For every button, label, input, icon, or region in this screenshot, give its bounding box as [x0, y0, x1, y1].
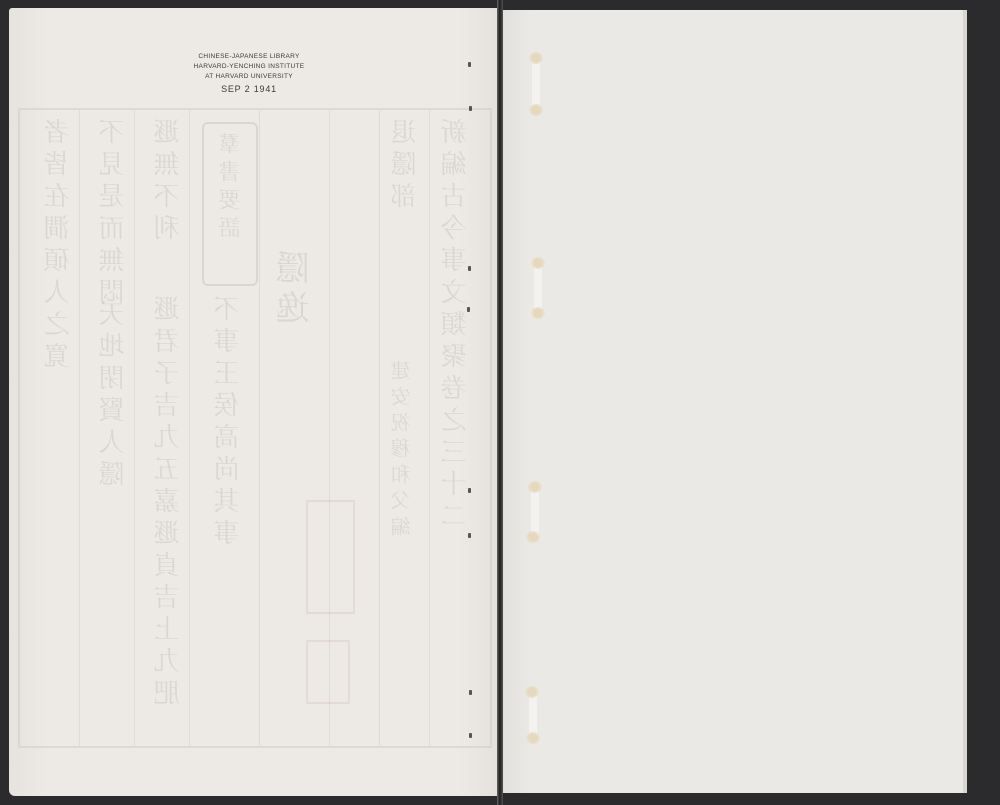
binding-thread-knot	[528, 481, 542, 493]
binding-thread-knot	[526, 732, 540, 744]
ghost-title-column: 新編古今事文類聚卷之三十二	[440, 118, 472, 534]
page-edge	[963, 10, 967, 793]
library-accession-stamp: CHINESE-JAPANESE LIBRARY HARVARD-YENCHIN…	[179, 52, 319, 96]
ghost-body-column-2: 遯君子吉九五嘉遯貞吉上九肥	[153, 295, 185, 711]
right-page	[503, 10, 963, 793]
binding-thread-knot	[526, 531, 540, 543]
stitch-mark	[468, 62, 471, 67]
stitch-mark	[469, 690, 472, 695]
stamp-line-1: CHINESE-JAPANESE LIBRARY	[179, 52, 319, 62]
binding-thread-knot	[529, 104, 543, 116]
stitch-mark	[469, 106, 472, 111]
binding-strip	[532, 60, 540, 110]
stitch-mark	[468, 266, 471, 271]
binding-thread-knot	[525, 686, 539, 698]
stitch-mark	[469, 733, 472, 738]
ghost-seal-2	[306, 640, 350, 704]
ghost-body-column-5: 不見是而無悶	[98, 118, 130, 310]
ghost-author-column: 建安祝穆和父編	[386, 360, 418, 542]
stamp-line-3: AT HARVARD UNIVERSITY	[179, 72, 319, 82]
binding-thread-knot	[531, 257, 545, 269]
ghost-section-column: 退隱部	[390, 118, 422, 214]
ghost-label-column: 羣書要語	[216, 132, 248, 244]
stitch-mark	[467, 307, 470, 312]
binding-thread-knot	[531, 307, 545, 319]
binding-thread-knot	[529, 52, 543, 64]
binding-strip	[531, 488, 539, 536]
stitch-mark	[468, 488, 471, 493]
show-through-text-block: 新編古今事文類聚卷之三十二 退隱部 建安祝穆和父編 隱逸 羣書要語 不事王侯高尚…	[18, 108, 492, 748]
stamp-date: SEP 2 1941	[179, 83, 319, 96]
ghost-body-column-6: 者皆在澗碩人之寬	[43, 118, 75, 374]
ghost-body-column-4: 天地閉賢人隱	[98, 300, 130, 492]
ghost-heading-column: 隱逸	[280, 250, 312, 330]
binding-strip	[534, 265, 542, 313]
stamp-line-2: HARVARD-YENCHING INSTITUTE	[179, 62, 319, 72]
ghost-body-column-3: 遯無不利	[153, 118, 185, 246]
stitch-mark	[468, 533, 471, 538]
ghost-seal-1	[306, 500, 355, 614]
ghost-body-column-1: 不事王侯高尚其事	[213, 295, 245, 551]
